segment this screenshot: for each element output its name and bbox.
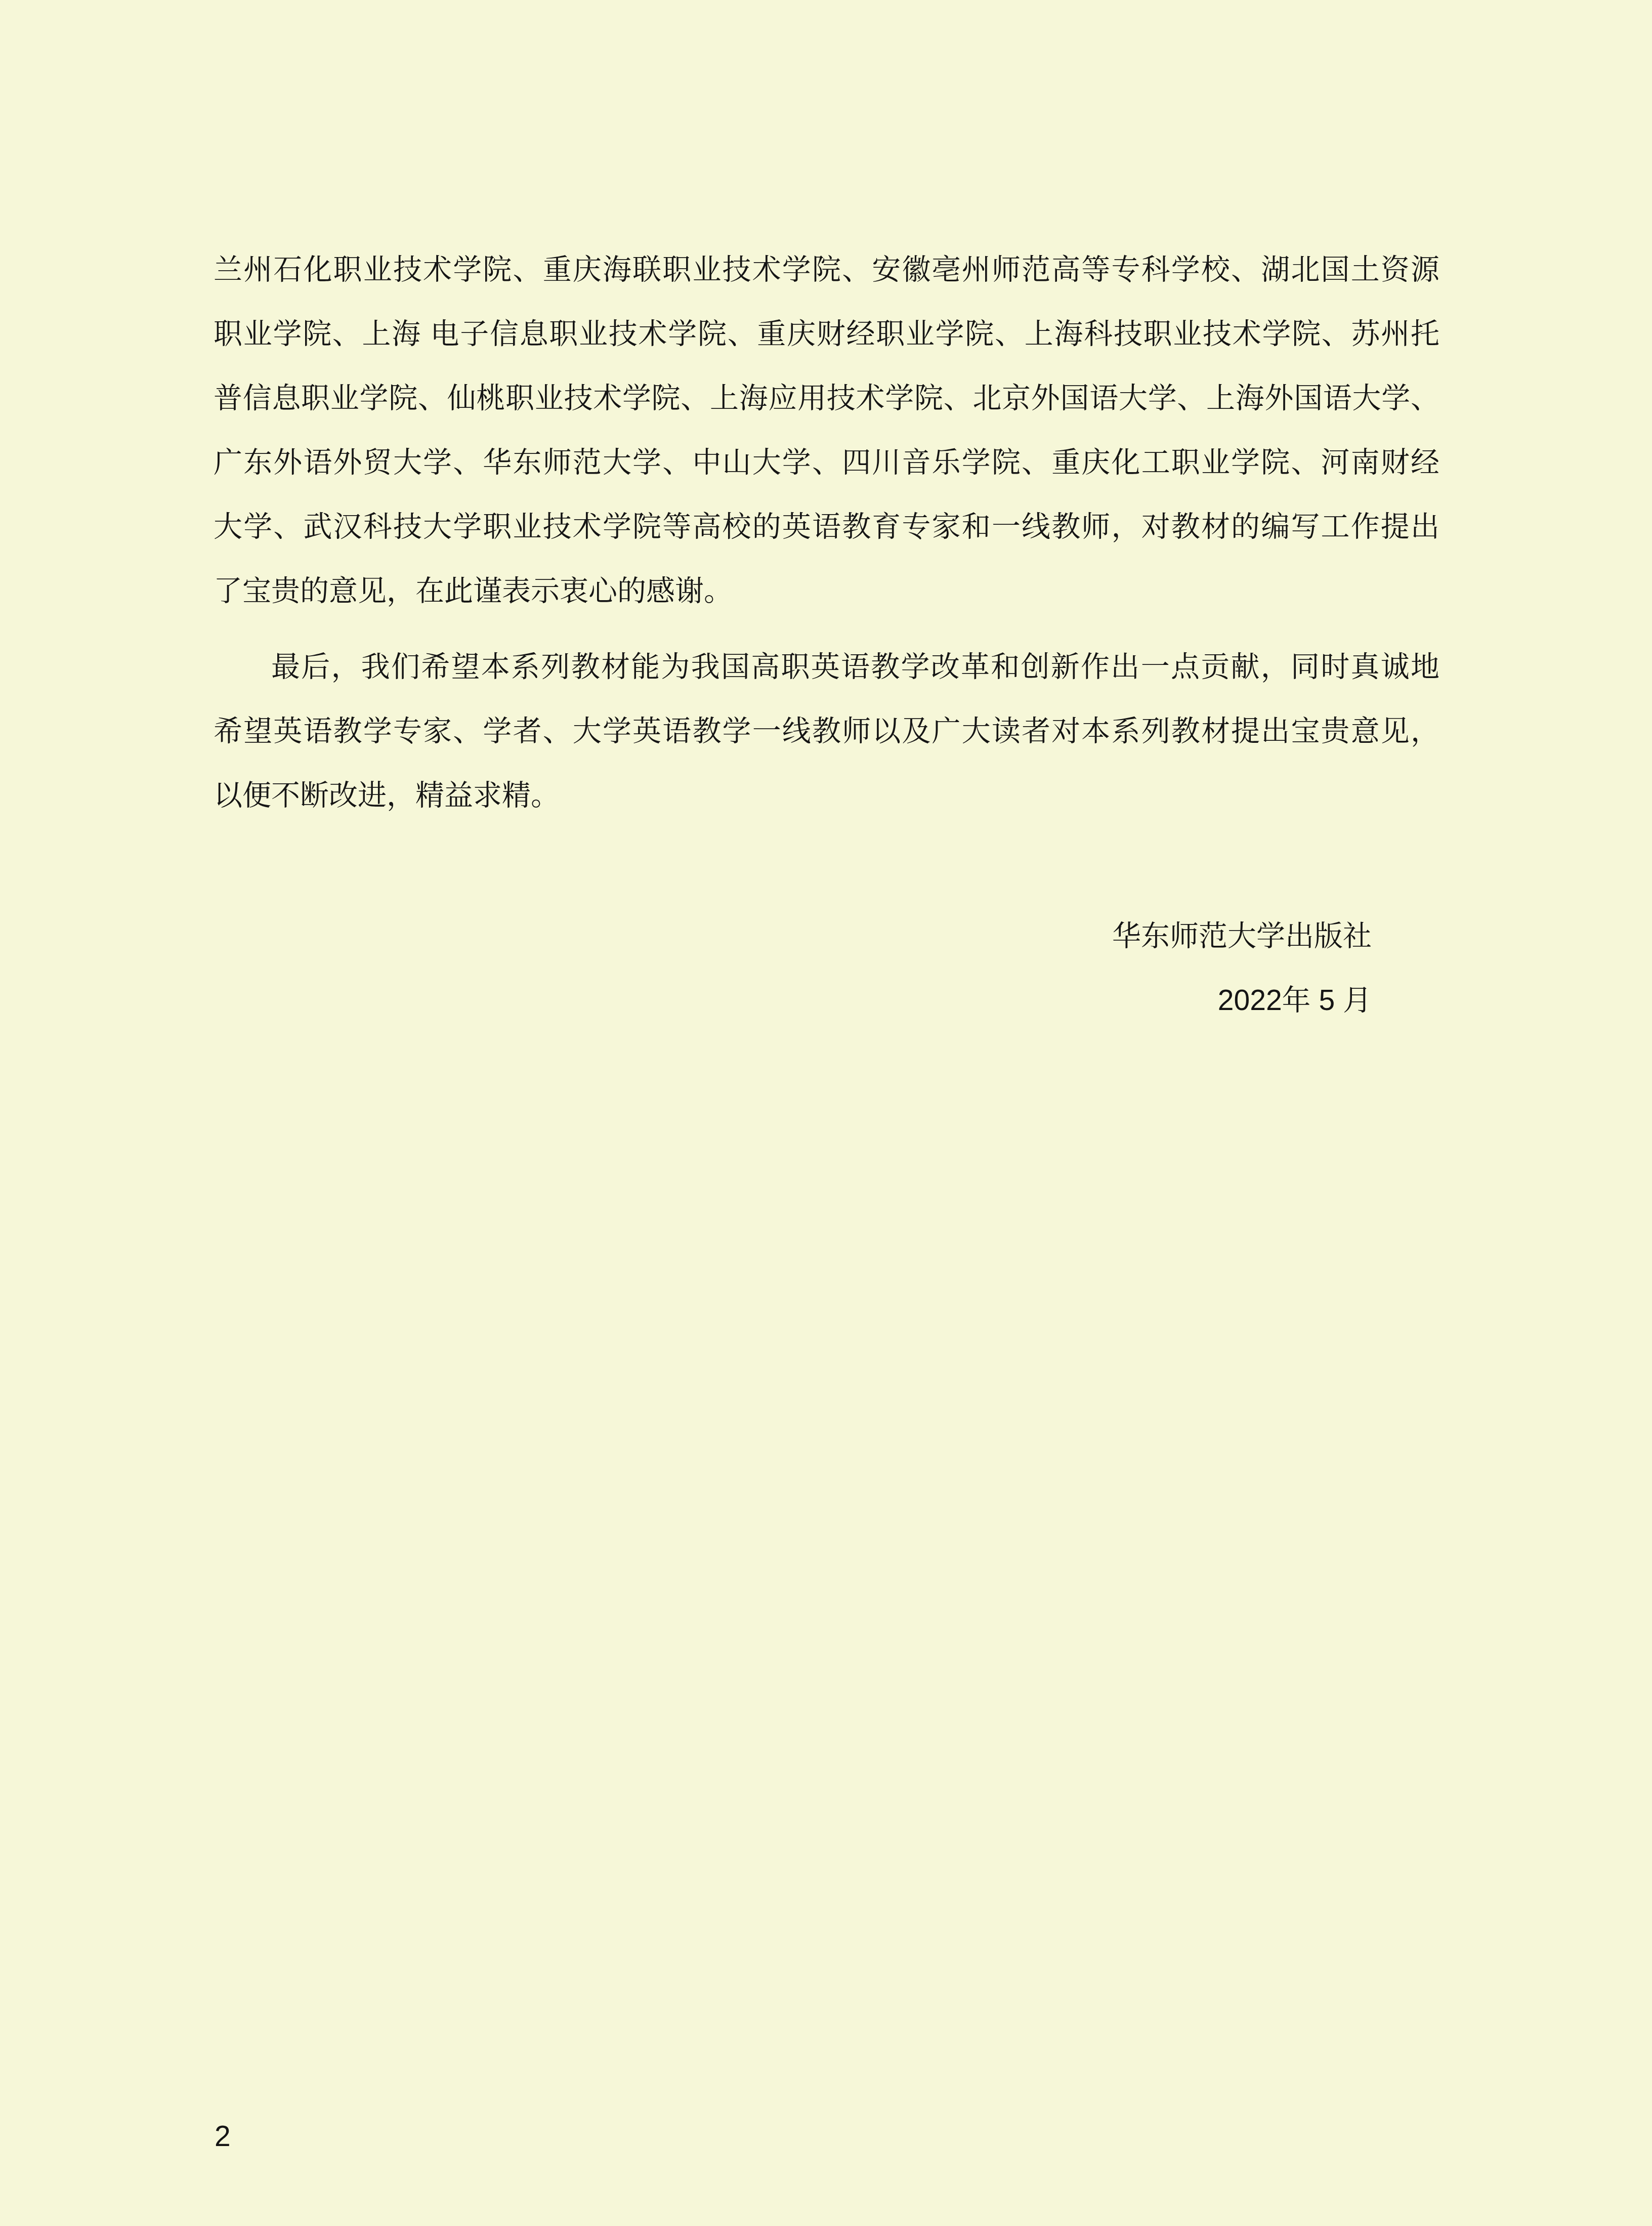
text-line: 了宝贵的意见，在此谨表示衷心的感谢。 <box>214 559 1439 623</box>
text-line: 大学、武汉科技大学职业技术学院等高校的英语教育专家和一线教师，对教材的编写工作提… <box>214 495 1439 559</box>
page-number: 2 <box>215 2121 231 2152</box>
text-line: 普信息职业学院、仙桃职业技术学院、上海应用技术学院、北京外国语大学、上海外国语大… <box>214 366 1439 431</box>
text-line: 以便不断改进，精益求精。 <box>214 764 1439 828</box>
text-line: 广东外语外贸大学、华东师范大学、中山大学、四川音乐学院、重庆化工职业学院、河南财… <box>214 431 1439 495</box>
text-line: 希望英语教学专家、学者、大学英语教学一线教师以及广大读者对本系列教材提出宝贵意见… <box>214 699 1439 764</box>
closing-paragraph: 最后，我们希望本系列教材能为我国高职英语教学改革和创新作出一点贡献，同时真诚地 … <box>214 635 1439 828</box>
publisher-signature: 华东师范大学出版社 <box>214 904 1372 969</box>
signature-block: 华东师范大学出版社 2022年 5 月 <box>214 904 1439 1033</box>
text-line: 最后，我们希望本系列教材能为我国高职英语教学改革和创新作出一点贡献，同时真诚地 <box>214 635 1439 699</box>
text-line: 兰州石化职业技术学院、重庆海联职业技术学院、安徽亳州师范高等专科学校、湖北国土资… <box>214 238 1439 302</box>
acknowledgement-paragraph: 兰州石化职业技术学院、重庆海联职业技术学院、安徽亳州师范高等专科学校、湖北国土资… <box>214 238 1439 623</box>
preface-body: 兰州石化职业技术学院、重庆海联职业技术学院、安徽亳州师范高等专科学校、湖北国土资… <box>214 238 1439 1033</box>
publication-date: 2022年 5 月 <box>214 969 1372 1033</box>
text-line: 职业学院、上海 电子信息职业技术学院、重庆财经职业学院、上海科技职业技术学院、苏… <box>214 302 1439 366</box>
